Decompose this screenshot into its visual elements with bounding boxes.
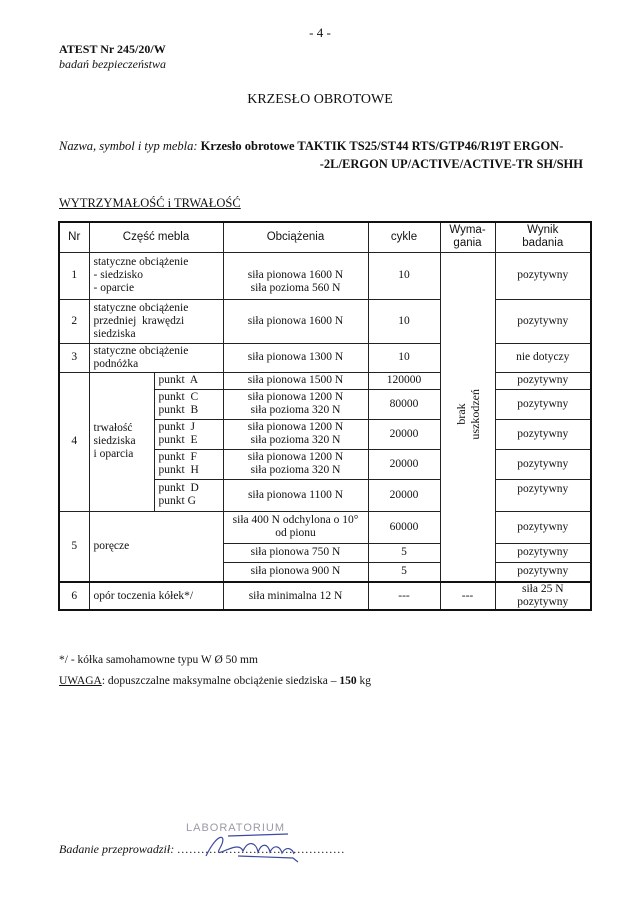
row-result: pozytywny — [495, 252, 591, 299]
row-load: siła pionowa 1100 N — [223, 479, 368, 511]
certificate-number: ATEST Nr 245/20/W — [59, 42, 166, 57]
row-points: punkt Jpunkt E — [154, 419, 223, 449]
row-nr: 2 — [59, 299, 89, 343]
row-load: siła pionowa 900 N — [223, 562, 368, 582]
row-points: punkt Dpunkt G — [154, 479, 223, 511]
note-label: UWAGA — [59, 675, 102, 687]
row-cycles: 20000 — [368, 449, 440, 479]
row-points: punkt Fpunkt H — [154, 449, 223, 479]
header-loads: Obciążenia — [223, 222, 368, 252]
row-cycles: 5 — [368, 562, 440, 582]
section-title: WYTRZYMAŁOŚĆ i TRWAŁOŚĆ — [59, 196, 241, 211]
table-row: 5 poręcze siła 400 N odchylona o 10°od p… — [59, 511, 591, 543]
note-unit: kg — [357, 675, 371, 687]
handwritten-signature-icon — [198, 826, 308, 866]
table-row: 3 statyczne obciążeniepodnóżka siła pion… — [59, 343, 591, 372]
row-cycles: 5 — [368, 543, 440, 562]
row-nr: 3 — [59, 343, 89, 372]
certificate-subtitle: badań bezpieczeństwa — [59, 57, 166, 72]
product-value-line2: -2L/ERGON UP/ACTIVE/ACTIVE-TR SH/SHH — [0, 157, 583, 172]
row-load: siła pionowa 750 N — [223, 543, 368, 562]
table-row: 2 statyczne obciążenieprzedniej krawędzi… — [59, 299, 591, 343]
row-result: pozytywny — [495, 299, 591, 343]
row-part: statyczne obciążenie- siedzisko- oparcie — [89, 252, 223, 299]
row-load: siła pionowa 1500 N — [223, 372, 368, 389]
row-nr: 4 — [59, 372, 89, 511]
row-result: pozytywny — [495, 419, 591, 449]
table-header-row: Nr Część mebla Obciążenia cykle Wyma-gan… — [59, 222, 591, 252]
product-label: Nazwa, symbol i typ mebla: — [59, 139, 198, 153]
header-cycles: cykle — [368, 222, 440, 252]
row-cycles: --- — [368, 582, 440, 610]
row-cycles: 10 — [368, 299, 440, 343]
row-load: siła pionowa 1600 N — [223, 299, 368, 343]
row-result: nie dotyczy — [495, 343, 591, 372]
row-points: punkt Cpunkt B — [154, 389, 223, 419]
row-cycles: 80000 — [368, 389, 440, 419]
row-load: siła pionowa 1200 Nsiła pozioma 320 N — [223, 449, 368, 479]
table-row: 6 opór toczenia kółek*/ siła minimalna 1… — [59, 582, 591, 610]
requirement-merged-cell: brakuszkodzeń — [440, 252, 495, 582]
row-part: trwałośćsiedziskai oparcia — [89, 372, 154, 511]
row-requirement: --- — [440, 582, 495, 610]
row-cycles: 20000 — [368, 419, 440, 449]
note-text: : dopuszczalne maksymalne obciążenie sie… — [102, 675, 340, 687]
row-result: pozytywny — [495, 372, 591, 389]
row-cycles: 120000 — [368, 372, 440, 389]
row-result: siła 25 Npozytywny — [495, 582, 591, 610]
table-row: 1 statyczne obciążenie- siedzisko- oparc… — [59, 252, 591, 299]
row-part: poręcze — [89, 511, 223, 582]
row-part: statyczne obciążenieprzedniej krawędzisi… — [89, 299, 223, 343]
row-cycles: 10 — [368, 343, 440, 372]
test-results-table: Nr Część mebla Obciążenia cykle Wyma-gan… — [58, 221, 592, 611]
header-part: Część mebla — [89, 222, 223, 252]
row-result: pozytywny — [495, 479, 591, 511]
product-name-line: Nazwa, symbol i typ mebla: Krzesło obrot… — [59, 139, 599, 154]
header-requirements: Wyma-gania — [440, 222, 495, 252]
note-value: 150 — [339, 675, 356, 687]
table-row: 4 trwałośćsiedziskai oparcia punkt A sił… — [59, 372, 591, 389]
row-nr: 1 — [59, 252, 89, 299]
header-result: Wynikbadania — [495, 222, 591, 252]
requirement-text: brakuszkodzeń — [454, 389, 482, 440]
row-load: siła pionowa 1600 Nsiła pozioma 560 N — [223, 252, 368, 299]
document-title: KRZESŁO OBROTOWE — [0, 92, 640, 108]
row-result: pozytywny — [495, 449, 591, 479]
row-load: siła pionowa 1300 N — [223, 343, 368, 372]
row-load: siła 400 N odchylona o 10°od pionu — [223, 511, 368, 543]
note: UWAGA: dopuszczalne maksymalne obciążeni… — [59, 675, 371, 687]
row-cycles: 20000 — [368, 479, 440, 511]
signature-label: Badanie przeprowadził: — [59, 842, 174, 856]
row-nr: 5 — [59, 511, 89, 582]
row-part: opór toczenia kółek*/ — [89, 582, 223, 610]
row-part: statyczne obciążeniepodnóżka — [89, 343, 223, 372]
page-number: - 4 - — [0, 25, 640, 41]
row-points: punkt A — [154, 372, 223, 389]
header-nr: Nr — [59, 222, 89, 252]
row-load: siła pionowa 1200 Nsiła pozioma 320 N — [223, 419, 368, 449]
row-load: siła minimalna 12 N — [223, 582, 368, 610]
row-cycles: 60000 — [368, 511, 440, 543]
row-result: pozytywny — [495, 562, 591, 582]
row-load: siła pionowa 1200 Nsiła pozioma 320 N — [223, 389, 368, 419]
row-cycles: 10 — [368, 252, 440, 299]
product-value-line1: Krzesło obrotowe TAKTIK TS25/ST44 RTS/GT… — [201, 139, 564, 153]
row-result: pozytywny — [495, 389, 591, 419]
row-result: pozytywny — [495, 511, 591, 543]
row-nr: 6 — [59, 582, 89, 610]
row-result: pozytywny — [495, 543, 591, 562]
footnote: */ - kółka samohamowne typu W Ø 50 mm — [59, 654, 258, 666]
